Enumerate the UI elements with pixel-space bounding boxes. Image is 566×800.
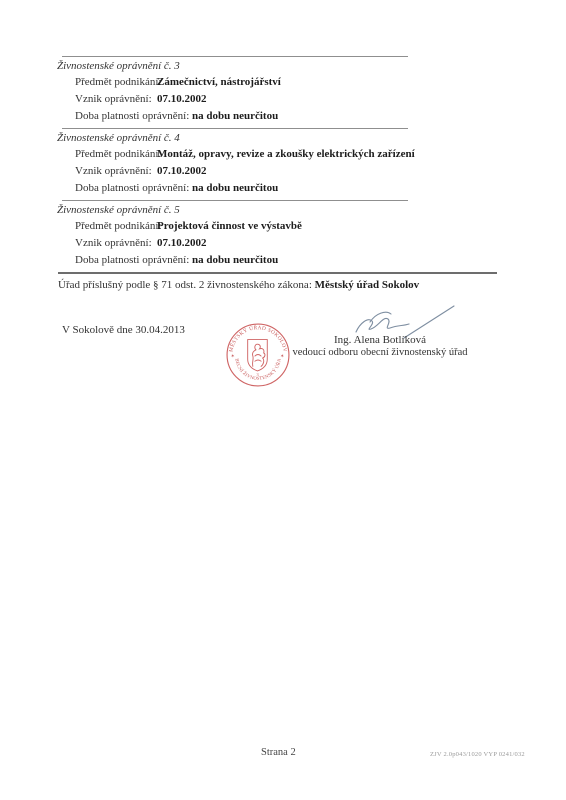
field-label: Předmět podnikání: bbox=[75, 218, 157, 235]
field-row: Doba platnosti oprávnění: na dobu neurči… bbox=[75, 252, 566, 269]
field-label: Vznik oprávnění: bbox=[75, 163, 157, 180]
field-label: Vznik oprávnění: bbox=[75, 91, 157, 108]
place-and-date: V Sokolově dne 30.04.2013 bbox=[62, 324, 185, 336]
license-section-3: Živnostenské oprávnění č. 3 Předmět podn… bbox=[0, 57, 566, 128]
page-number: Strana 2 bbox=[261, 747, 296, 758]
field-label: Doba platnosti oprávnění: bbox=[75, 182, 189, 194]
license-heading: Živnostenské oprávnění č. 3 bbox=[57, 60, 566, 73]
stamp-star-icon: ✶ bbox=[280, 354, 284, 360]
field-value: na dobu neurčitou bbox=[192, 182, 278, 194]
field-row: Vznik oprávnění:07.10.2002 bbox=[75, 91, 566, 108]
license-section-4: Živnostenské oprávnění č. 4 Předmět podn… bbox=[0, 129, 566, 200]
field-row: Doba platnosti oprávnění: na dobu neurči… bbox=[75, 180, 566, 197]
authority-value: Městský úřad Sokolov bbox=[315, 279, 420, 291]
field-row: Předmět podnikání:Zámečnictví, nástrojář… bbox=[75, 74, 566, 91]
field-value: 07.10.2002 bbox=[157, 93, 207, 105]
document-code: ZJV 2.0p043/1020 VYP 0241/032 bbox=[430, 751, 525, 758]
svg-text:MĚSTSKÝ ÚŘAD SOKOLOV: MĚSTSKÝ ÚŘAD SOKOLOV bbox=[228, 323, 288, 353]
signatory-title: vedoucí odboru obecní živnostenský úřad bbox=[285, 347, 475, 359]
field-label: Doba platnosti oprávnění: bbox=[75, 110, 189, 122]
field-value: 07.10.2002 bbox=[157, 237, 207, 249]
license-section-5: Živnostenské oprávnění č. 5 Předmět podn… bbox=[0, 201, 566, 272]
field-row: Vznik oprávnění:07.10.2002 bbox=[75, 163, 566, 180]
signatory-name: Ing. Alena Botlíková bbox=[285, 334, 475, 347]
field-row: Předmět podnikání:Projektová činnost ve … bbox=[75, 218, 566, 235]
signatory-block: Ing. Alena Botlíková vedoucí odboru obec… bbox=[285, 334, 475, 359]
stamp-number: 3 bbox=[257, 372, 259, 377]
document-body: Živnostenské oprávnění č. 3 Předmět podn… bbox=[0, 56, 566, 292]
field-value: Projektová činnost ve výstavbě bbox=[157, 220, 302, 232]
field-label: Předmět podnikání: bbox=[75, 74, 157, 91]
license-heading: Živnostenské oprávnění č. 4 bbox=[57, 132, 566, 145]
field-row: Předmět podnikání:Montáž, opravy, revize… bbox=[75, 146, 566, 163]
field-value: 07.10.2002 bbox=[157, 165, 207, 177]
field-value: Montáž, opravy, revize a zkoušky elektri… bbox=[157, 148, 415, 160]
document-page: Živnostenské oprávnění č. 3 Předmět podn… bbox=[0, 0, 566, 800]
field-row: Doba platnosti oprávnění: na dobu neurči… bbox=[75, 108, 566, 125]
field-label: Vznik oprávnění: bbox=[75, 235, 157, 252]
stamp-star-icon: ✶ bbox=[231, 354, 235, 360]
separator-line-thick bbox=[58, 272, 497, 274]
official-stamp-seal-icon: MĚSTSKÝ ÚŘAD SOKOLOV OBECNÍ ŽIVNOSTENSKÝ… bbox=[225, 322, 291, 388]
lion-emblem-icon bbox=[253, 344, 265, 366]
field-row: Vznik oprávnění:07.10.2002 bbox=[75, 235, 566, 252]
authority-line: Úřad příslušný podle § 71 odst. 2 živnos… bbox=[58, 278, 566, 292]
field-value: Zámečnictví, nástrojářství bbox=[157, 76, 281, 88]
authority-label: Úřad příslušný podle § 71 odst. 2 živnos… bbox=[58, 279, 312, 291]
field-label: Doba platnosti oprávnění: bbox=[75, 254, 189, 266]
field-value: na dobu neurčitou bbox=[192, 110, 278, 122]
field-label: Předmět podnikání: bbox=[75, 146, 157, 163]
field-value: na dobu neurčitou bbox=[192, 254, 278, 266]
license-heading: Živnostenské oprávnění č. 5 bbox=[57, 204, 566, 217]
stamp-top-text: MĚSTSKÝ ÚŘAD SOKOLOV bbox=[228, 323, 288, 353]
lion-emblem-icon bbox=[255, 354, 261, 361]
